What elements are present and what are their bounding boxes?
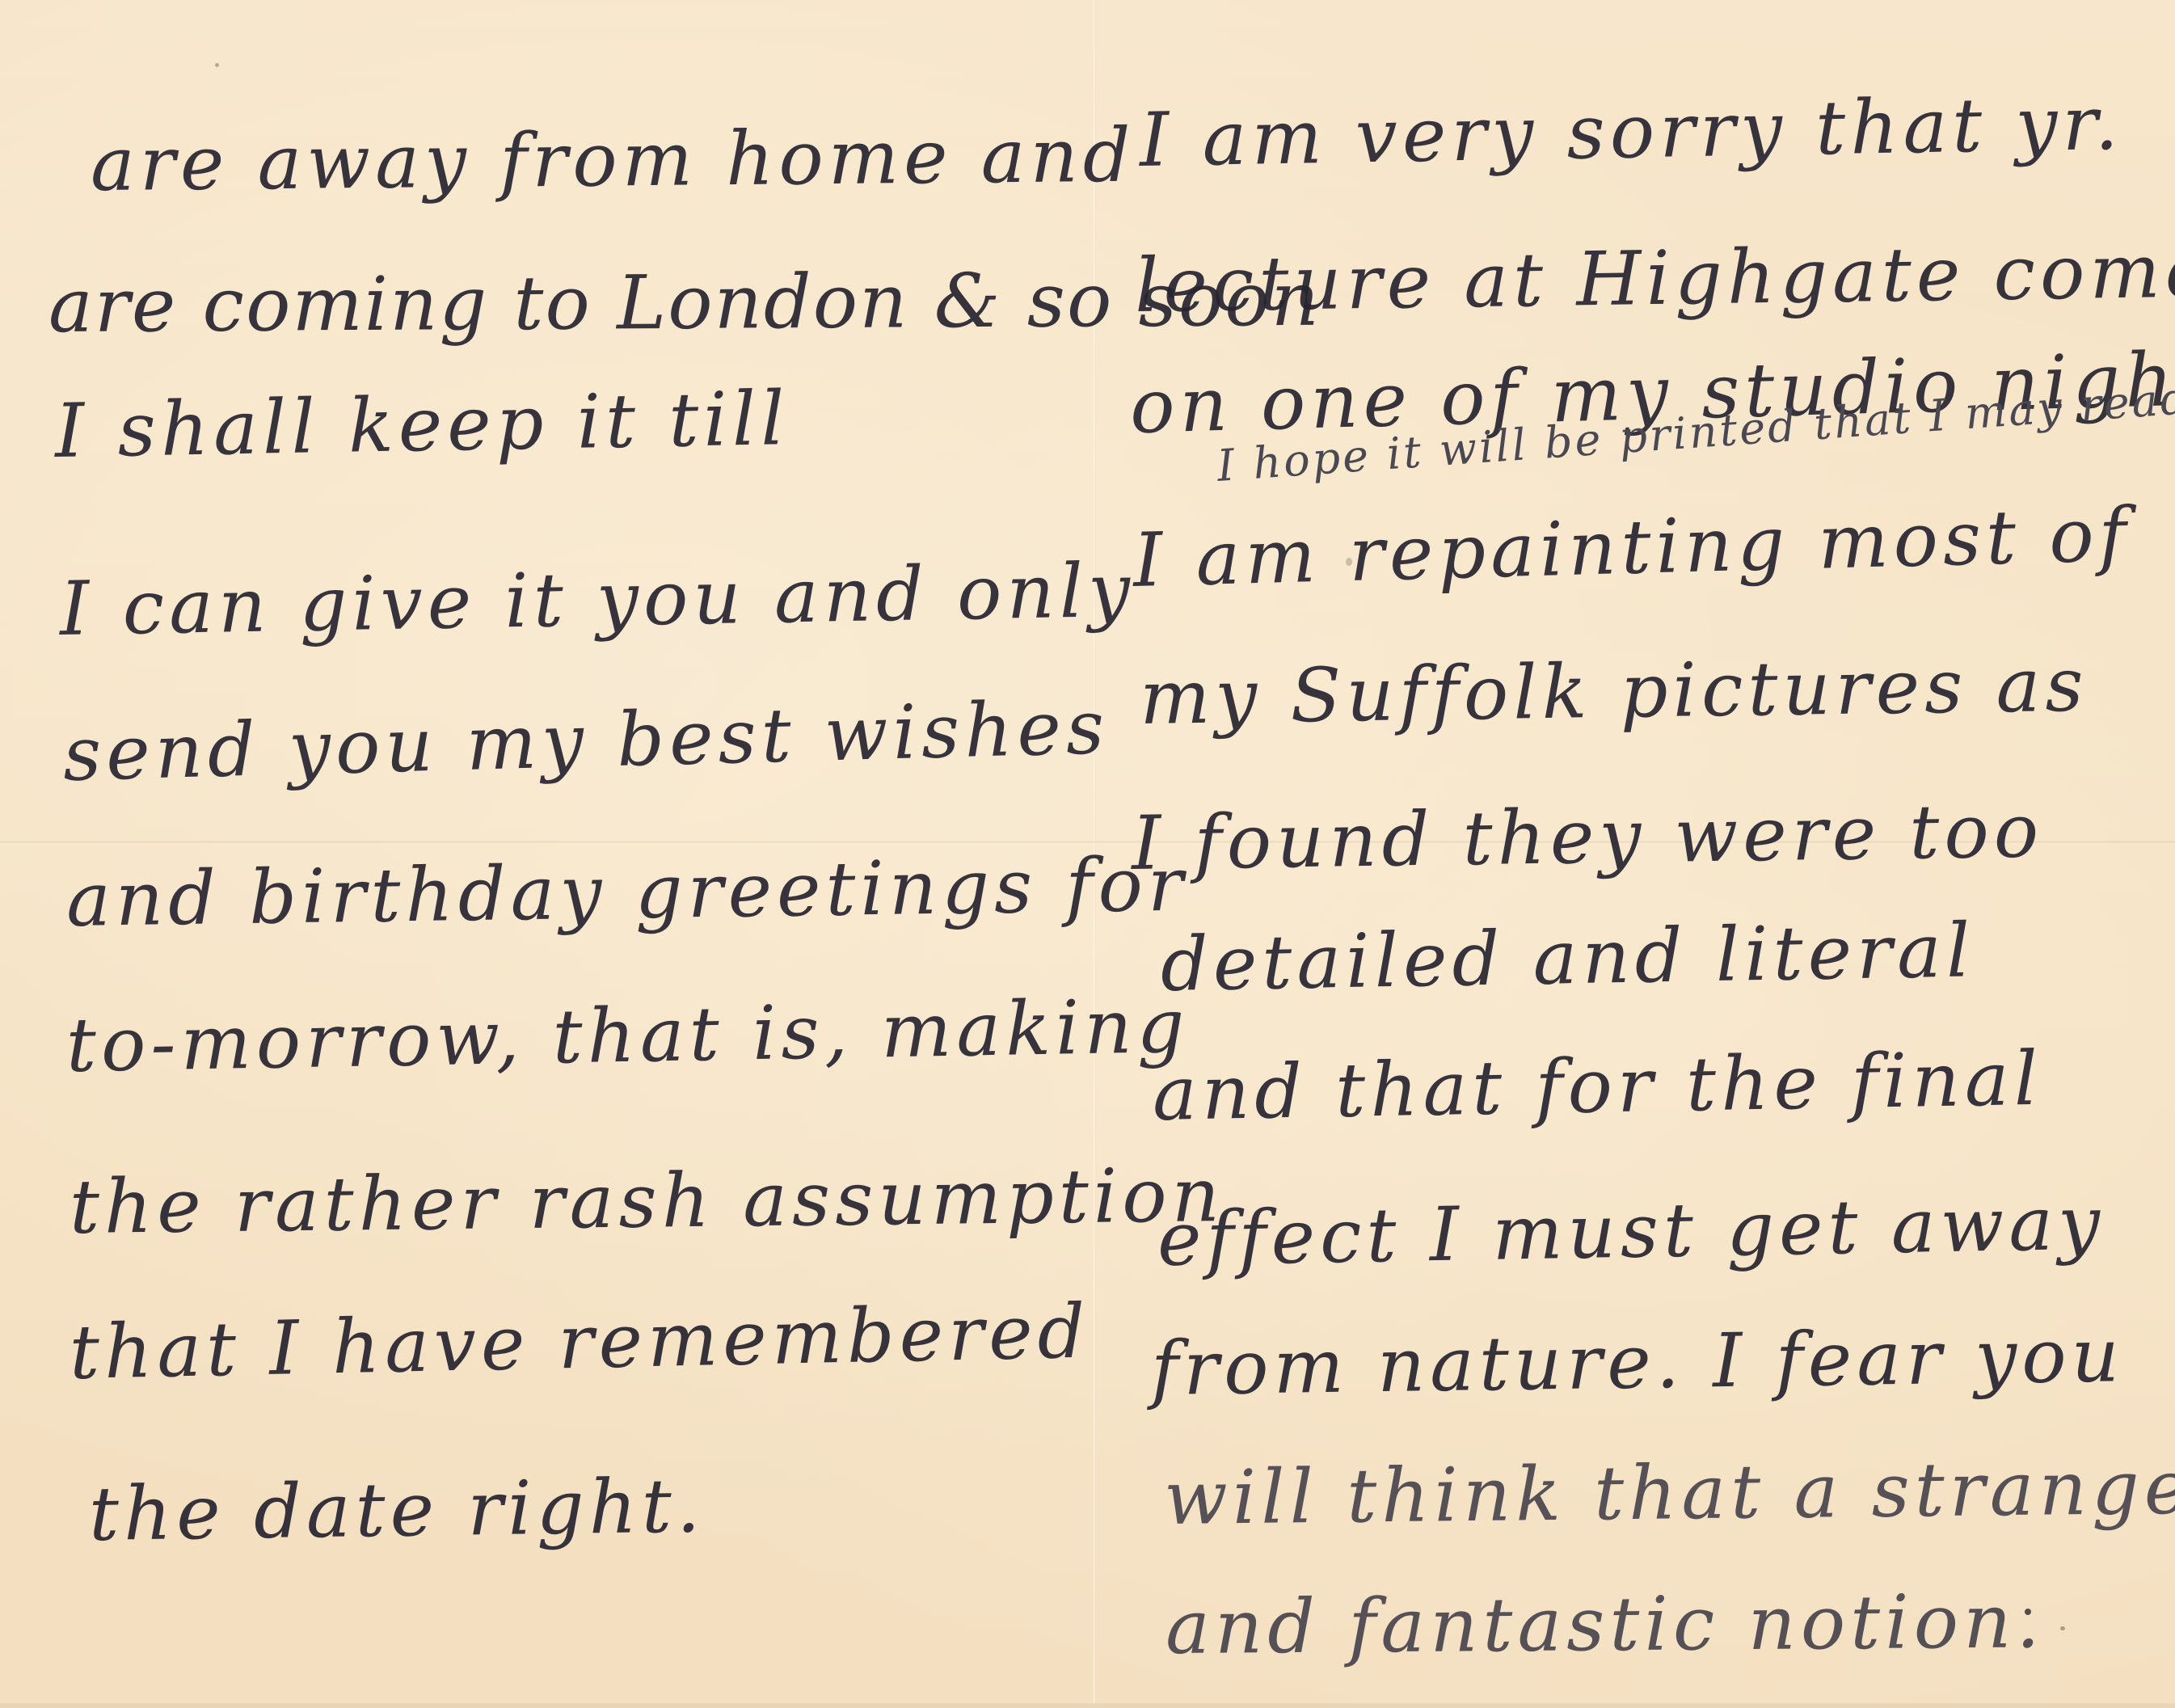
left-page: are away from home and are coming to Lon… — [0, 0, 1093, 1708]
left-line-8: the rather rash assumption — [69, 1152, 1224, 1250]
right-line-1: I am very sorry that yr. — [1139, 80, 2123, 183]
right-line-11: will think that a strange — [1163, 1444, 2175, 1541]
right-line-4: I am repainting most of — [1132, 491, 2132, 604]
left-line-7: to-morrow, that is, making — [65, 983, 1190, 1089]
right-line-2: lecture at Highgate comes — [1134, 227, 2175, 329]
left-line-10: the date right. — [88, 1462, 705, 1558]
left-line-9: that I have remembered — [69, 1288, 1091, 1396]
left-line-6: and birthday greetings for — [65, 841, 1188, 943]
left-line-3: I shall keep it till — [54, 375, 790, 474]
right-line-9: effect I must get away — [1157, 1180, 2105, 1283]
right-line-7: detailed and literal — [1160, 907, 1975, 1008]
left-line-4: I can give it you and only — [59, 547, 1136, 652]
right-line-6: I found they were too — [1131, 787, 2044, 887]
right-line-10: from nature. I fear you — [1150, 1312, 2124, 1412]
left-line-1: are away from home and — [91, 112, 1136, 208]
right-page: I am very sorry that yr. lecture at High… — [1096, 0, 2175, 1708]
right-line-12: and fantastic notion. — [1165, 1578, 2045, 1671]
right-line-5: my Suffolk pictures as — [1139, 642, 2089, 741]
left-line-5: send you my best wishes — [62, 684, 1111, 798]
right-line-8: and that for the final — [1152, 1035, 2043, 1137]
